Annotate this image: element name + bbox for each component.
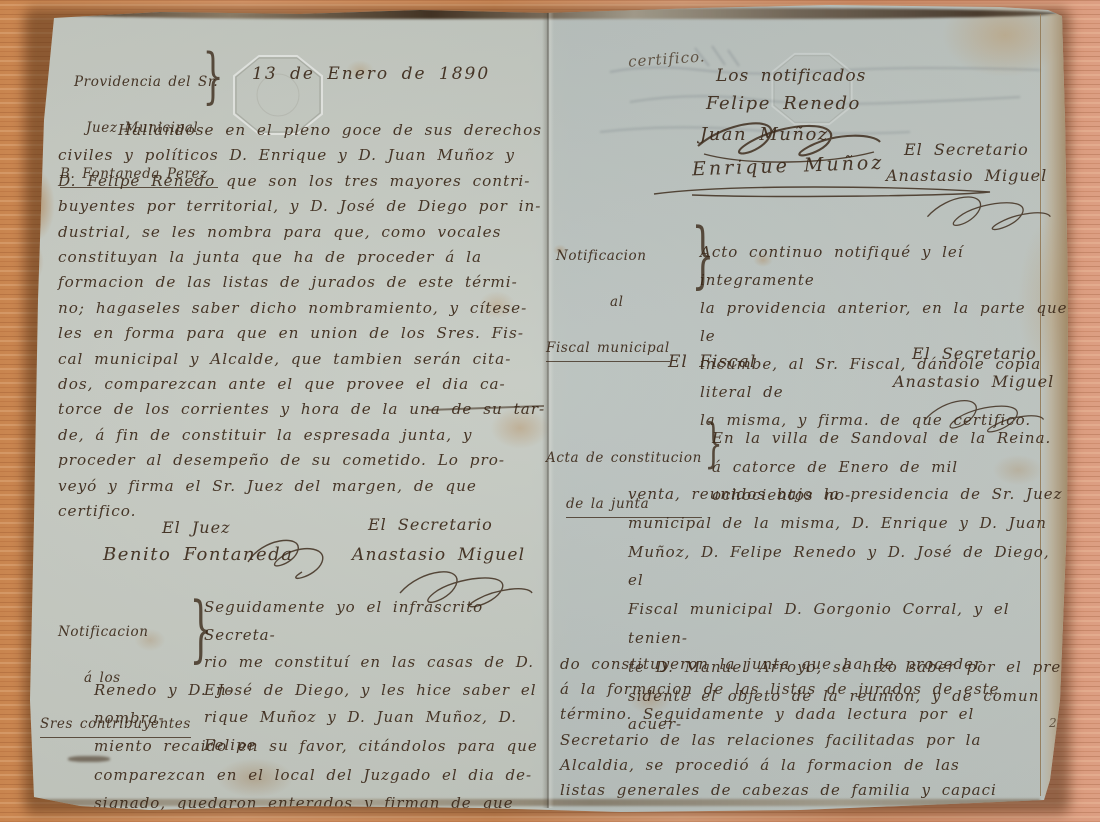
manuscript-double-page: Providencia del Sr. Juez Municipal B. Fo…	[0, 0, 1100, 822]
secretario-signature-left: Anastasio Miguel	[352, 545, 525, 565]
margin-note-fiscal: Notificacion al Fiscal municipal	[552, 222, 670, 385]
secretario-signature-r2: Anastasio Miguel	[893, 372, 1054, 391]
secretario-signature-r1: Anastasio Miguel	[886, 166, 1047, 185]
fiscal-title: El Fiscal	[668, 352, 756, 372]
providencia-body: Hallándose en el pleno goce de sus derec…	[58, 118, 550, 525]
notificacion-body-lower: Renedo y D. José de Diego, y les hice sa…	[94, 676, 550, 817]
secretario-title-r1: El Secretario	[904, 140, 1029, 159]
ink-smudge	[68, 756, 110, 762]
secretario-title-r2: El Secretario	[912, 344, 1037, 363]
margin-fiscal-line3: Fiscal municipal	[546, 337, 670, 362]
photograph-scene: Providencia del Sr. Juez Municipal B. Fo…	[0, 0, 1100, 822]
margin-notificacion-line1: Notificacion	[58, 621, 191, 644]
brace-providencia: }	[203, 46, 224, 106]
page-edge-number: 2	[1049, 716, 1057, 730]
margin-fiscal-line1: Notificacion	[556, 245, 670, 268]
signature-rubric-r1	[920, 188, 1055, 238]
acta-body-lower: do constituyeron la junta que ha de proc…	[560, 652, 1060, 803]
signature-rubric-juez	[242, 534, 334, 592]
signature-felipe-renedo: Felipe Renedo	[706, 93, 861, 114]
margin-providencia-line1: Providencia del Sr.	[74, 71, 218, 94]
juez-title: El Juez	[162, 518, 231, 537]
margin-fiscal-line2: al	[610, 291, 670, 314]
margin-acta-line1: Acta de constitucion	[546, 447, 702, 470]
notificados-heading: Los notificados	[716, 66, 866, 86]
secretario-title-left: El Secretario	[368, 515, 493, 534]
date-line: 13 de Enero de 1890	[252, 64, 490, 84]
